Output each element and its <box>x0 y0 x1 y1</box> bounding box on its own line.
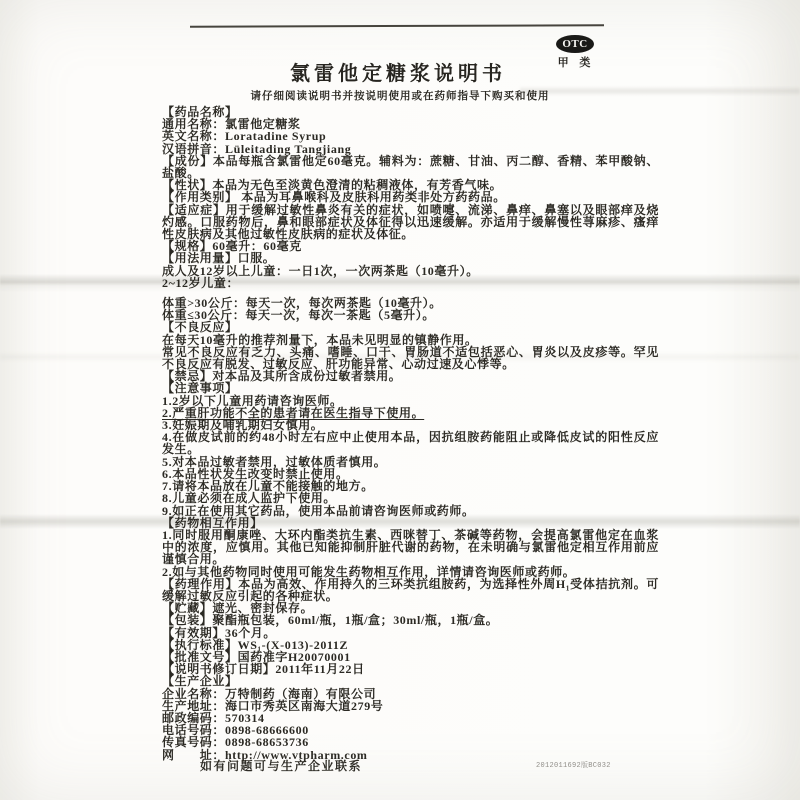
body-line: 【生产企业】 <box>162 675 659 687</box>
body-line: 【包装】聚酯瓶包装，60ml/瓶，1瓶/盒；30ml/瓶，1瓶/盒。 <box>162 614 659 626</box>
top-rule <box>190 24 604 27</box>
body-line: 【注意事项】 <box>162 382 659 394</box>
body-line: 【适应症】用于缓解过敏性鼻炎有关的症状，如喷嚏、流涕、鼻痒、鼻塞以及眼部痒及烧灼… <box>162 204 659 241</box>
page-title: 氯雷他定糖浆说明书 <box>0 57 796 86</box>
body-line: 8.儿童必须在成人监护下使用。 <box>162 492 659 504</box>
body-line: 【用法用量】口服。 <box>162 252 659 264</box>
body-line: 2~12岁儿童： <box>162 277 659 289</box>
body-line: 传真号码：0898-68653736 <box>162 736 659 748</box>
body-line: 9.如正在使用其它药品，使用本品前请咨询医师或药师。 <box>162 505 659 517</box>
body-line: 常见不良反应有乏力、头痛、嗜睡、口干、胃肠道不适包括恶心、胃炎以及皮疹等。罕见不… <box>162 346 659 370</box>
body-line: 企业名称：万特制药（海南）有限公司 <box>162 688 659 700</box>
body-line: 英文名称：Loratadine Syrup <box>162 130 659 142</box>
footer-note: 如有问题可与生产企业联系 <box>200 757 362 774</box>
body-line: 成人及12岁以上儿童：一日1次，一次两茶匙（10毫升）。 <box>162 265 659 277</box>
body-line: 汉语拼音：Lüleitading Tangjiang <box>162 143 659 155</box>
body-line: 【不良反应】 <box>162 321 659 333</box>
body-line: 【成份】本品每瓶含氯雷他定60毫克。辅料为：蔗糖、甘油、丙二醇、香精、苯甲酸钠、… <box>162 155 659 179</box>
leaflet-paper: OTC 甲 类 氯雷他定糖浆说明书 请仔细阅读说明书并按说明使用或在药师指导下购… <box>0 0 800 800</box>
print-code: 2012011692版BC032 <box>536 760 611 770</box>
body-line: 2.如与其他药物同时使用可能发生药物相互作用，详情请咨询医师或药师。 <box>162 566 659 578</box>
leaflet-body: 【药品名称】通用名称：氯雷他定糖浆英文名称：Loratadine Syrup汉语… <box>162 106 659 761</box>
page-subtitle: 请仔细阅读说明书并按说明使用或在药师指导下购买和使用 <box>0 88 800 103</box>
body-line: 【作用类别】 本品为耳鼻喉科及皮肤科用药类非处方药药品。 <box>162 191 659 203</box>
body-line: 【有效期】36个月。 <box>162 627 659 639</box>
otc-icon: OTC <box>556 35 594 53</box>
body-line: 1.同时服用酮康唑、大环内酯类抗生素、西咪替丁、茶碱等药物，会提高氯雷他定在血浆… <box>162 529 659 566</box>
body-line: 【药理作用】本品为高效、作用持久的三环类抗组胺药，为选择性外周H₁受体拮抗剂。可… <box>162 578 659 602</box>
body-line: 4.在做皮试前的约48小时左右应中止使用本品，因抗组胺药能阻止或降低皮试的阳性反… <box>162 431 659 455</box>
